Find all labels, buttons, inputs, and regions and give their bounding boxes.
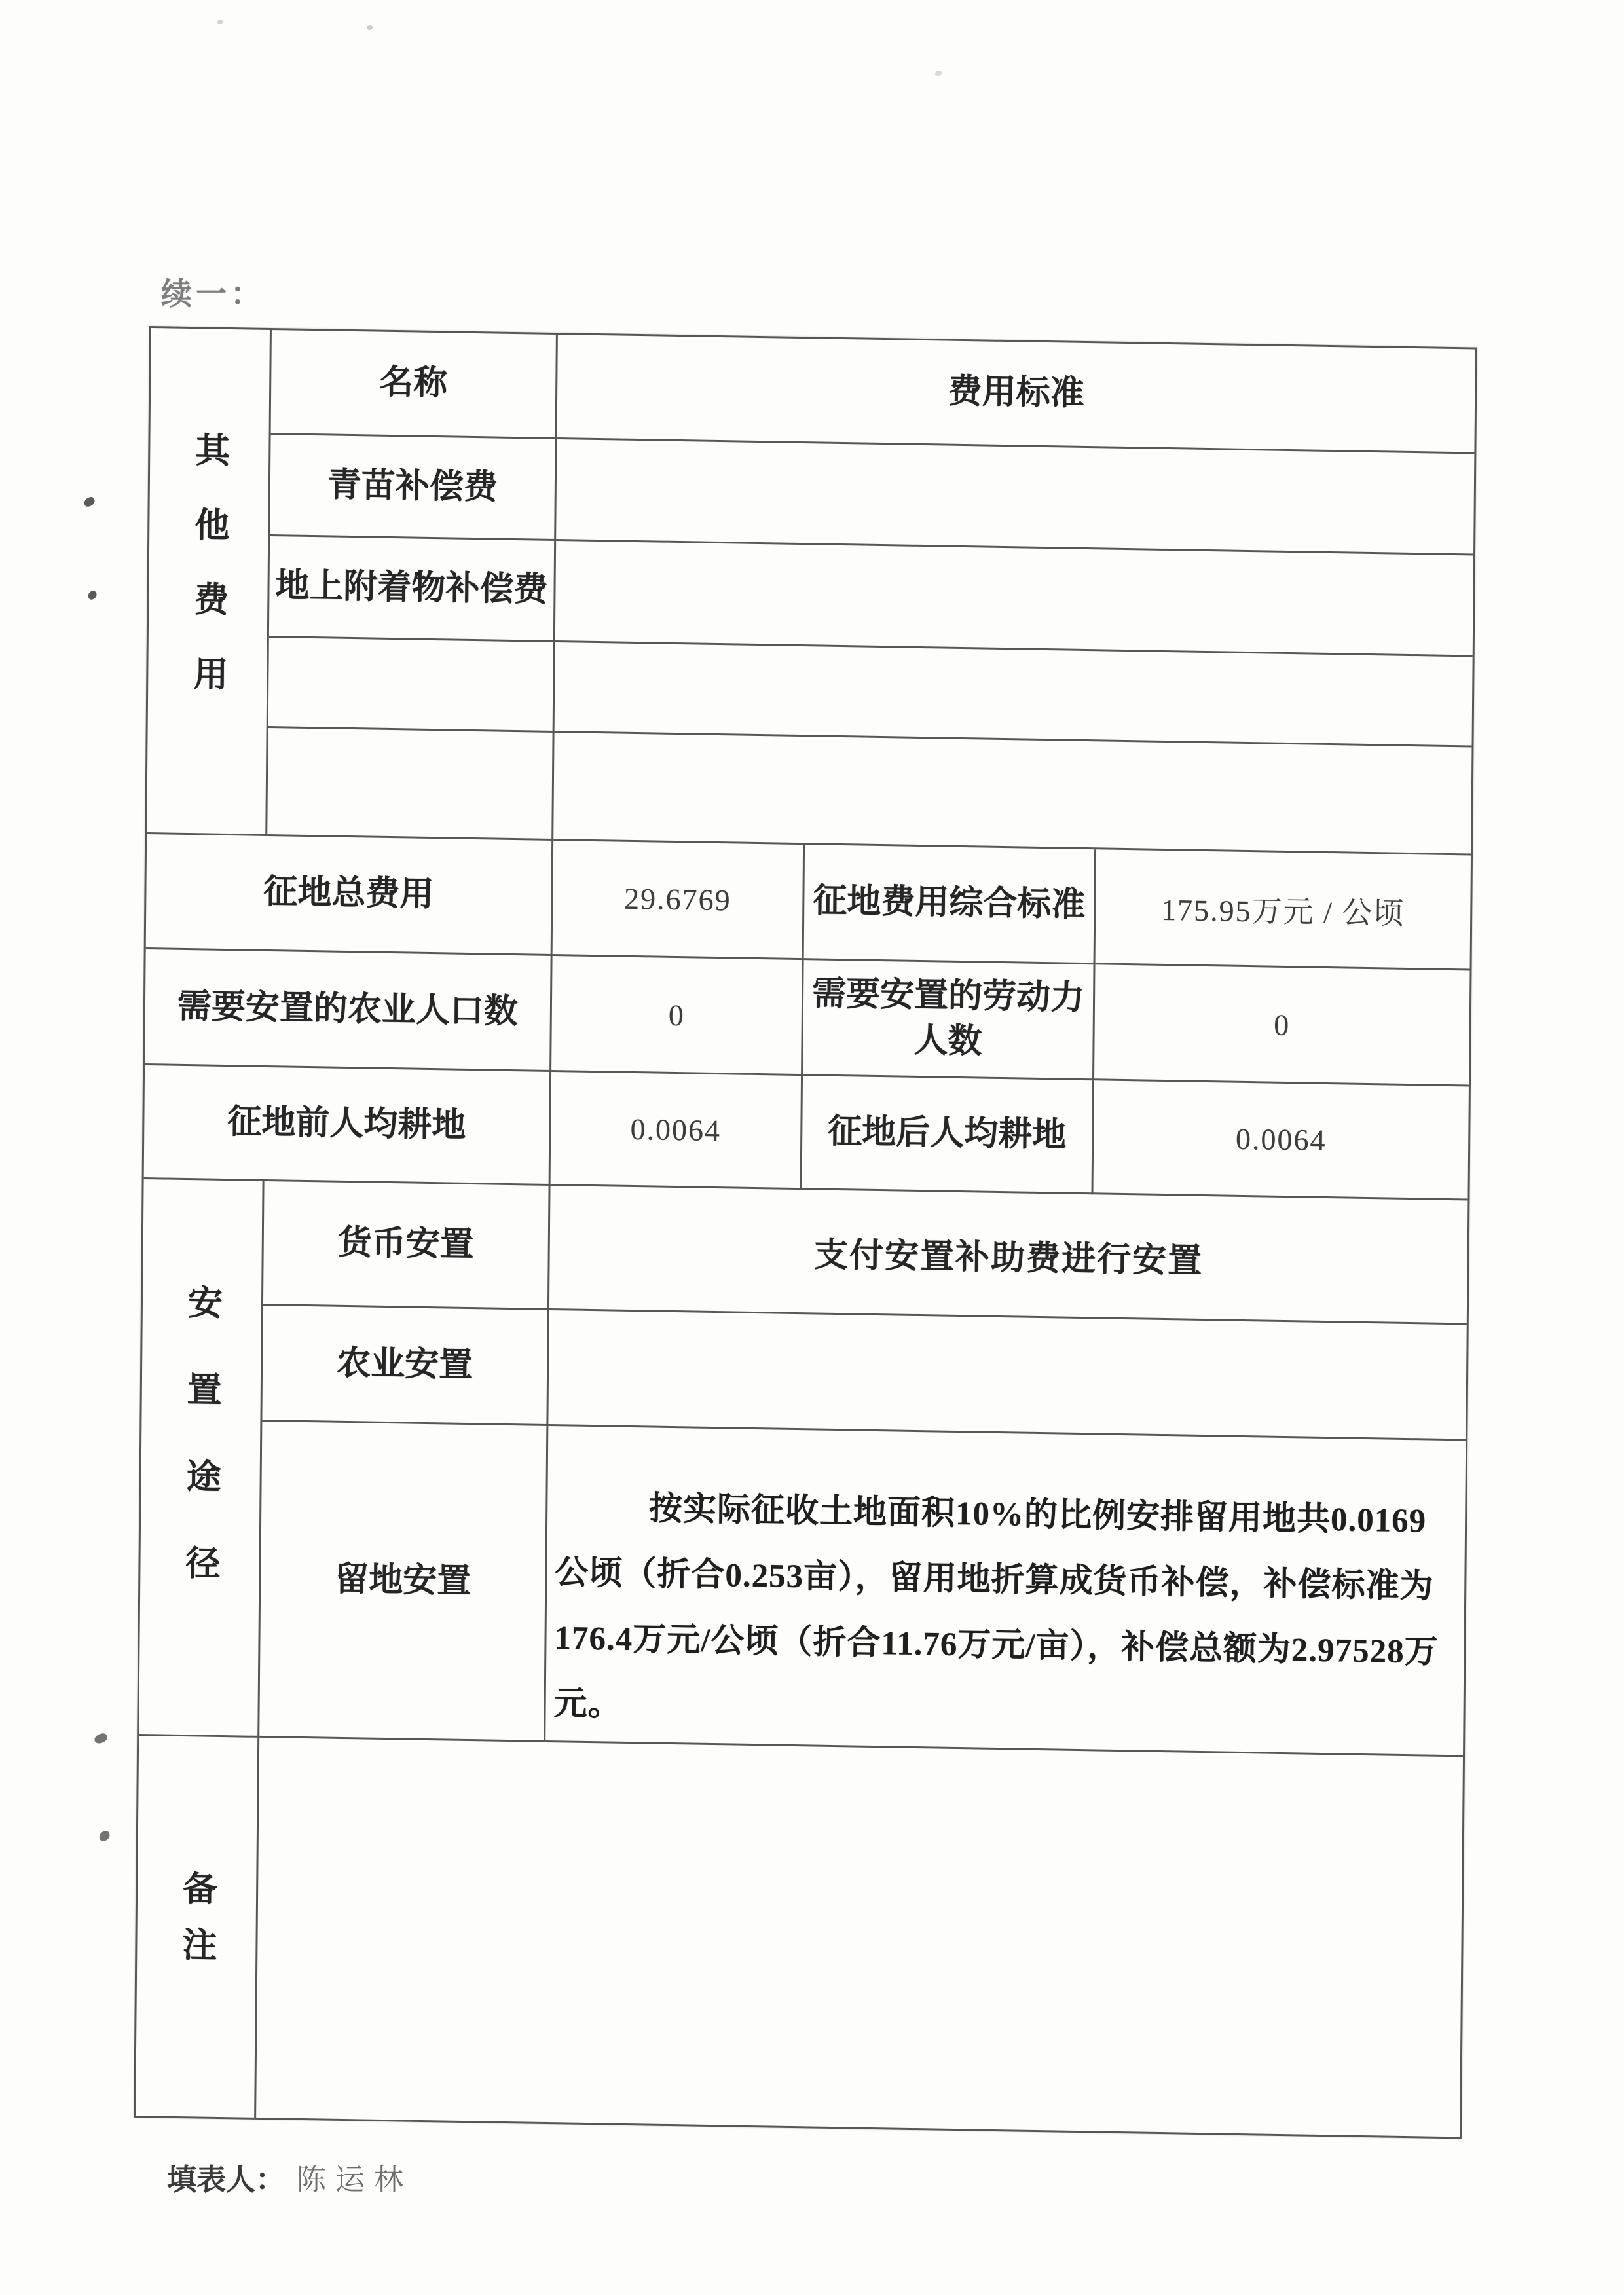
per-capita-after-label: 征地后人均耕地 bbox=[828, 1110, 1067, 1158]
land-retention-content-cell: 按实际征收土地面积10%的比例安排留用地共0.0169公顷（折合0.253亩），… bbox=[545, 1426, 1466, 1757]
comprehensive-standard-label: 征地费用综合标准 bbox=[813, 879, 1086, 928]
land-retention-label-cell: 留地安置 bbox=[259, 1422, 548, 1742]
crop-compensation-label: 青苗补偿费 bbox=[327, 463, 498, 511]
agri-population-label-cell: 需要安置的农业人口数 bbox=[145, 949, 552, 1072]
per-capita-before-value: 0.0064 bbox=[630, 1112, 721, 1148]
attachments-compensation-value-cell bbox=[555, 541, 1473, 657]
document-page: 续一： 其他费用 名称 费用标准 青苗补偿费 地上附着物补偿费 bbox=[0, 0, 1624, 2295]
land-retention-label: 留地安置 bbox=[335, 1557, 471, 1604]
other-fee-empty-label-cell-2 bbox=[267, 728, 554, 841]
continuation-label: 续一： bbox=[161, 270, 265, 314]
comprehensive-standard-label-cell: 征地费用综合标准 bbox=[804, 845, 1096, 964]
per-capita-before-label-cell: 征地前人均耕地 bbox=[144, 1065, 551, 1186]
form-filler-label: 填表人： bbox=[167, 2163, 285, 2196]
name-header-cell: 名称 bbox=[271, 330, 558, 439]
other-fee-empty-value-cell-2 bbox=[553, 733, 1471, 855]
attachments-compensation-label: 地上附着物补偿费 bbox=[275, 564, 548, 613]
scan-speck bbox=[98, 1829, 112, 1843]
per-capita-after-value: 0.0064 bbox=[1236, 1122, 1327, 1158]
other-fee-empty-label-cell-1 bbox=[268, 638, 555, 733]
scan-speck bbox=[94, 1733, 109, 1745]
agri-population-value-cell: 0 bbox=[551, 956, 804, 1076]
agri-population-label: 需要安置的农业人口数 bbox=[177, 984, 519, 1035]
agricultural-resettlement-label-cell: 农业安置 bbox=[262, 1306, 549, 1426]
comprehensive-standard-value: 175.95万元 / 公顷 bbox=[1161, 885, 1405, 932]
form-filler-line: 填表人：陈运林 bbox=[167, 2156, 413, 2198]
remarks-group-label: 备注 bbox=[171, 1870, 221, 1983]
total-cost-value: 29.6769 bbox=[624, 881, 731, 918]
monetary-resettlement-content: 支付安置补助费进行安置 bbox=[814, 1226, 1204, 1282]
fee-standard-header-cell: 费用标准 bbox=[557, 335, 1475, 454]
name-header-label: 名称 bbox=[379, 361, 448, 407]
per-capita-before-value-cell: 0.0064 bbox=[551, 1072, 803, 1190]
resettlement-group-cell: 安置途径 bbox=[139, 1179, 264, 1738]
labor-population-value: 0 bbox=[1274, 1007, 1290, 1042]
crop-compensation-value-cell bbox=[556, 439, 1474, 555]
resettlement-group-label: 安置途径 bbox=[174, 1283, 227, 1631]
attachments-compensation-label-cell: 地上附着物补偿费 bbox=[269, 536, 556, 642]
scan-speck bbox=[83, 496, 96, 508]
total-cost-label: 征地总费用 bbox=[263, 870, 434, 918]
scan-speck bbox=[86, 589, 98, 601]
monetary-resettlement-label: 货币安置 bbox=[337, 1221, 474, 1268]
labor-population-label: 需要安置的劳动力人数 bbox=[809, 972, 1086, 1067]
per-capita-after-value-cell: 0.0064 bbox=[1093, 1080, 1468, 1200]
remarks-group-cell: 备注 bbox=[136, 1736, 259, 2118]
table-grid: 其他费用 名称 费用标准 青苗补偿费 地上附着物补偿费 bbox=[134, 326, 1477, 2139]
per-capita-after-label-cell: 征地后人均耕地 bbox=[802, 1076, 1094, 1194]
labor-population-value-cell: 0 bbox=[1094, 964, 1469, 1086]
scan-speck bbox=[367, 25, 373, 30]
monetary-resettlement-label-cell: 货币安置 bbox=[263, 1181, 551, 1310]
form-filler-name: 陈运林 bbox=[297, 2163, 413, 2196]
agricultural-resettlement-label: 农业安置 bbox=[337, 1341, 473, 1388]
other-fee-empty-value-cell-1 bbox=[555, 642, 1473, 747]
labor-population-label-cell: 需要安置的劳动力人数 bbox=[803, 960, 1095, 1080]
scan-speck bbox=[935, 71, 942, 76]
other-fees-group-label: 其他费用 bbox=[182, 431, 234, 731]
other-fees-group-cell: 其他费用 bbox=[147, 328, 272, 836]
crop-compensation-label-cell: 青苗补偿费 bbox=[270, 435, 557, 541]
land-compensation-table: 其他费用 名称 费用标准 青苗补偿费 地上附着物补偿费 bbox=[134, 326, 1477, 2139]
agricultural-resettlement-content-cell bbox=[548, 1310, 1466, 1441]
comprehensive-standard-value-cell: 175.95万元 / 公顷 bbox=[1096, 849, 1471, 970]
agri-population-value: 0 bbox=[669, 997, 685, 1032]
total-cost-label-cell: 征地总费用 bbox=[146, 834, 553, 956]
scan-speck bbox=[217, 20, 223, 24]
monetary-resettlement-content-cell: 支付安置补助费进行安置 bbox=[549, 1186, 1468, 1325]
per-capita-before-label: 征地前人均耕地 bbox=[227, 1100, 466, 1148]
fee-standard-header-label: 费用标准 bbox=[948, 370, 1084, 417]
total-cost-value-cell: 29.6769 bbox=[553, 841, 805, 960]
remarks-content-cell bbox=[256, 1738, 1463, 2137]
